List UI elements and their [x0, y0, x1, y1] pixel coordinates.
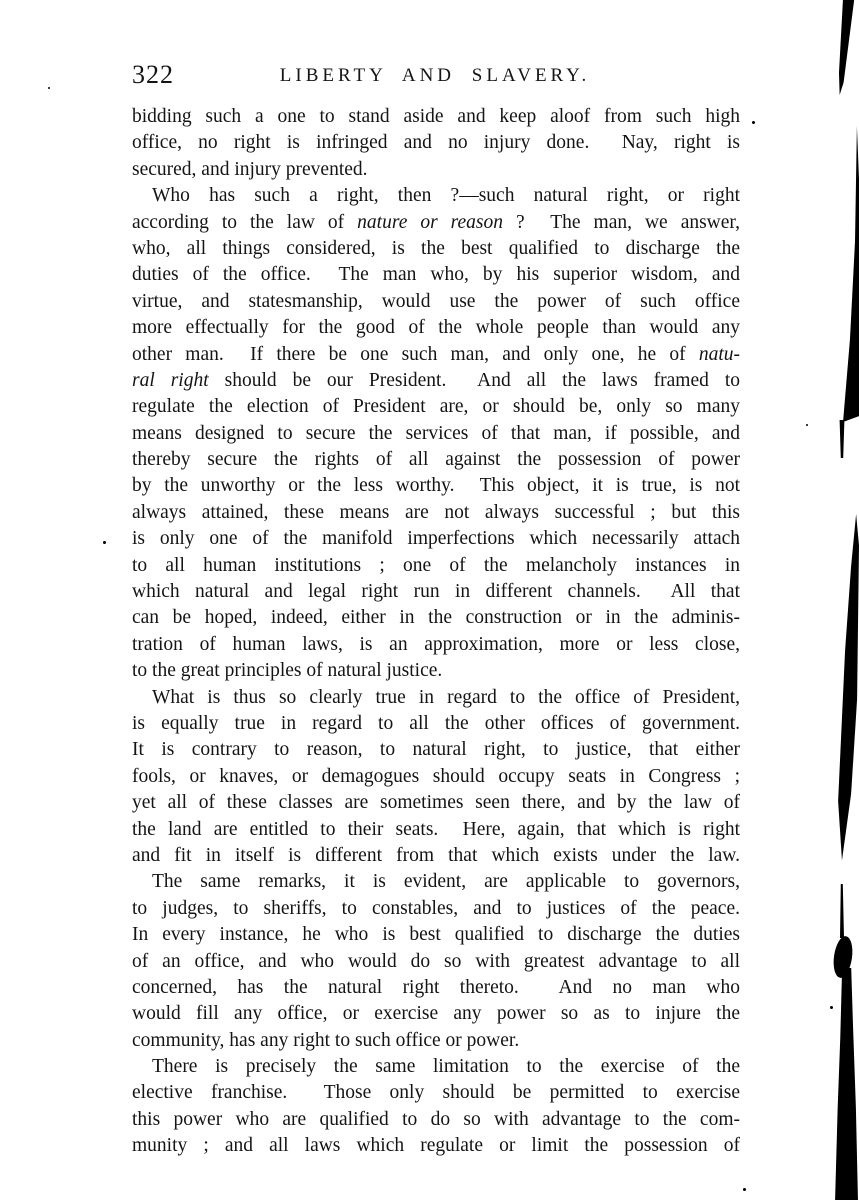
text-line: regulate the election of President are, …	[132, 394, 740, 420]
text-segment: concerned, has the natural right thereto…	[132, 977, 740, 998]
text-segment: thereby secure the rights of all against…	[132, 449, 740, 470]
text-segment: elective franchise. Those only should be…	[132, 1082, 740, 1103]
italic-text: natu-	[699, 344, 740, 365]
text-segment: regulate the election of President are, …	[132, 396, 740, 417]
text-line: community, has any right to such office …	[132, 1028, 740, 1054]
text-segment: would fill any office, or exercise any p…	[132, 1003, 740, 1024]
text-segment: The same remarks, it is evident, are app…	[152, 871, 740, 892]
text-segment: What is thus so clearly true in regard t…	[152, 687, 740, 708]
text-line: In every instance, he who is best qualif…	[132, 922, 740, 948]
text-line: the land are entitled to their seats. He…	[132, 817, 740, 843]
text-segment: is equally true in regard to all the oth…	[132, 713, 740, 734]
text-segment: the land are entitled to their seats. He…	[132, 819, 740, 840]
text-line: of an office, and who would do so with g…	[132, 949, 740, 975]
text-line: office, no right is infringed and no inj…	[132, 130, 740, 156]
text-segment: should be our President. And all the law…	[209, 370, 740, 391]
text-line: ral right should be our President. And a…	[132, 368, 740, 394]
ink-speck	[806, 424, 808, 426]
page-body: bidding such a one to stand aside and ke…	[132, 104, 740, 1160]
text-line: who, all things considered, is the best …	[132, 236, 740, 262]
text-line: can be hoped, indeed, either in the cons…	[132, 605, 740, 631]
text-line: to all human institutions ; one of the m…	[132, 553, 740, 579]
text-segment: more effectually for the good of the who…	[132, 317, 740, 338]
scan-artifact-line-lower	[840, 884, 844, 938]
text-segment: bidding such a one to stand aside and ke…	[132, 106, 740, 127]
text-line: which natural and legal right run in dif…	[132, 579, 740, 605]
text-line: The same remarks, it is evident, are app…	[132, 869, 740, 895]
scan-artifact-streak-bottom	[833, 968, 859, 1200]
scan-artifact-streak-mid	[835, 514, 859, 864]
text-line: to judges, to sheriffs, to constables, a…	[132, 896, 740, 922]
text-line: secured, and injury prevented.	[132, 157, 740, 183]
text-segment: office, no right is infringed and no inj…	[132, 132, 740, 153]
text-segment: who, all things considered, is the best …	[132, 238, 740, 259]
text-segment: according to the law of	[132, 212, 357, 233]
text-segment: which natural and legal right run in dif…	[132, 581, 740, 602]
text-line: It is contrary to reason, to natural rig…	[132, 737, 740, 763]
text-line: more effectually for the good of the who…	[132, 315, 740, 341]
ink-speck	[752, 121, 755, 124]
text-segment: In every instance, he who is best qualif…	[132, 924, 740, 945]
text-line: other man. If there be one such man, and…	[132, 342, 740, 368]
italic-text: nature or reason	[357, 212, 503, 233]
text-line: concerned, has the natural right thereto…	[132, 975, 740, 1001]
text-line: munity ; and all laws which regulate or …	[132, 1133, 740, 1159]
text-segment: to the great principles of natural justi…	[132, 660, 442, 681]
text-segment: munity ; and all laws which regulate or …	[132, 1135, 740, 1156]
text-line: and fit in itself is different from that…	[132, 843, 740, 869]
text-segment: by the unworthy or the less worthy. This…	[132, 475, 740, 496]
text-segment: There is precisely the same limitation t…	[152, 1056, 740, 1077]
scan-artifact-streak-tail	[839, 420, 845, 458]
text-segment: fools, or knaves, or demagogues should o…	[132, 766, 740, 787]
text-segment: ? The man, we answer,	[503, 212, 740, 233]
text-segment: can be hoped, indeed, either in the cons…	[132, 607, 740, 628]
text-line: thereby secure the rights of all against…	[132, 447, 740, 473]
text-line: tration of human laws, is an approximati…	[132, 632, 740, 658]
ink-speck	[743, 1188, 746, 1191]
text-segment: other man. If there be one such man, and…	[132, 344, 699, 365]
book-page: 322 LIBERTY AND SLAVERY. bidding such a …	[0, 0, 859, 1200]
text-line: this power who are qualified to do so wi…	[132, 1107, 740, 1133]
text-line: would fill any office, or exercise any p…	[132, 1001, 740, 1027]
text-segment: secured, and injury prevented.	[132, 159, 368, 180]
text-line: What is thus so clearly true in regard t…	[132, 685, 740, 711]
text-segment: and fit in itself is different from that…	[132, 845, 740, 866]
text-segment: this power who are qualified to do so wi…	[132, 1109, 740, 1130]
text-segment: Who has such a right, then ?—such natura…	[152, 185, 740, 206]
text-line: Who has such a right, then ?—such natura…	[132, 183, 740, 209]
ink-speck	[103, 541, 106, 544]
text-segment: virtue, and statesmanship, would use the…	[132, 291, 740, 312]
text-segment: community, has any right to such office …	[132, 1030, 519, 1051]
italic-text: ral right	[132, 370, 209, 391]
text-line: by the unworthy or the less worthy. This…	[132, 473, 740, 499]
text-segment: to judges, to sheriffs, to constables, a…	[132, 898, 740, 919]
text-segment: means designed to secure the services of…	[132, 423, 740, 444]
text-line: is only one of the manifold imperfection…	[132, 526, 740, 552]
text-line: There is precisely the same limitation t…	[132, 1054, 740, 1080]
running-title: LIBERTY AND SLAVERY.	[132, 64, 738, 88]
text-segment: to all human institutions ; one of the m…	[132, 555, 740, 576]
ink-speck	[48, 87, 50, 89]
text-segment: tration of human laws, is an approximati…	[132, 634, 740, 655]
text-segment: duties of the office. The man who, by hi…	[132, 264, 740, 285]
text-line: duties of the office. The man who, by hi…	[132, 262, 740, 288]
ink-speck	[830, 1006, 833, 1009]
text-line: is equally true in regard to all the oth…	[132, 711, 740, 737]
scan-artifact-streak-upper	[838, 126, 859, 422]
text-line: means designed to secure the services of…	[132, 421, 740, 447]
text-segment: yet all of these classes are sometimes s…	[132, 792, 740, 813]
text-line: according to the law of nature or reason…	[132, 210, 740, 236]
text-segment: It is contrary to reason, to natural rig…	[132, 739, 740, 760]
text-line: to the great principles of natural justi…	[132, 658, 740, 684]
text-line: always attained, these means are not alw…	[132, 500, 740, 526]
text-line: yet all of these classes are sometimes s…	[132, 790, 740, 816]
text-line: bidding such a one to stand aside and ke…	[132, 104, 740, 130]
scan-artifact-top-right	[837, 0, 859, 97]
text-line: elective franchise. Those only should be…	[132, 1080, 740, 1106]
text-line: virtue, and statesmanship, would use the…	[132, 289, 740, 315]
text-segment: of an office, and who would do so with g…	[132, 951, 740, 972]
text-line: fools, or knaves, or demagogues should o…	[132, 764, 740, 790]
text-segment: is only one of the manifold imperfection…	[132, 528, 740, 549]
text-segment: always attained, these means are not alw…	[132, 502, 740, 523]
